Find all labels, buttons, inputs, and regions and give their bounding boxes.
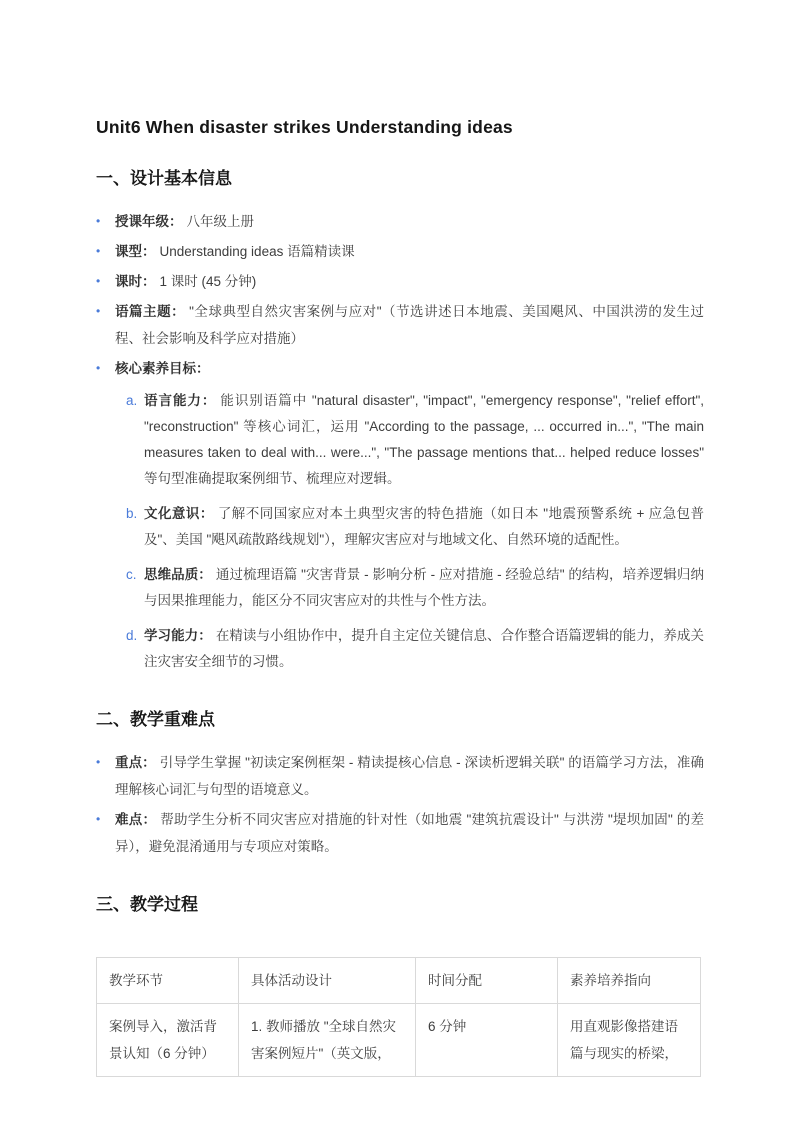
table-header-cell: 素养培养指向 [558, 958, 701, 1004]
list-item: • 课型：Understanding ideas 语篇精读课 [96, 238, 704, 265]
item-label: 文化意识： [144, 506, 214, 521]
bullet-icon: • [96, 268, 115, 295]
table-cell: 1. 教师播放 "全球自然灾害案例短片"（英文版， [239, 1004, 416, 1077]
item-text: 能识别语篇中 "natural disaster", "impact", "em… [144, 393, 704, 486]
bullet-icon: • [96, 806, 115, 860]
sublist-item: a. 语言能力：能识别语篇中 "natural disaster", "impa… [126, 388, 704, 492]
sublist-item: b. 文化意识：了解不同国家应对本土典型灾害的特色措施（如日本 "地震预警系统 … [126, 501, 704, 553]
list-marker: b. [126, 501, 144, 553]
bullet-icon: • [96, 238, 115, 265]
item-text: 引导学生掌握 "初读定案例框架 - 精读提核心信息 - 深读析逻辑关联" 的语篇… [115, 755, 704, 797]
list-item: • 难点：帮助学生分析不同灾害应对措施的针对性（如地震 "建筑抗震设计" 与洪涝… [96, 806, 704, 860]
item-body: 学习能力：在精读与小组协作中，提升自主定位关键信息、合作整合语篇逻辑的能力，养成… [144, 623, 704, 675]
item-body: 重点：引导学生掌握 "初读定案例框架 - 精读提核心信息 - 深读析逻辑关联" … [115, 749, 704, 803]
list-item: • 语篇主题："全球典型自然灾害案例与应对"（节选讲述日本地震、美国飓风、中国洪… [96, 298, 704, 352]
section2-heading: 二、教学重难点 [96, 705, 704, 730]
item-label: 课型： [115, 244, 156, 259]
list-item: • 核心素养目标： [96, 355, 704, 382]
list-item: • 课时：1 课时 (45 分钟) [96, 268, 704, 295]
item-body: 课时：1 课时 (45 分钟) [115, 268, 256, 295]
list-marker: c. [126, 562, 144, 614]
item-body: 文化意识：了解不同国家应对本土典型灾害的特色措施（如日本 "地震预警系统 + 应… [144, 501, 704, 553]
item-text: 1 课时 (45 分钟) [160, 274, 257, 289]
item-label: 语篇主题： [115, 304, 185, 319]
list-item: • 授课年级：八年级上册 [96, 208, 704, 235]
document-title: Unit6 When disaster strikes Understandin… [96, 117, 704, 138]
item-label: 重点： [115, 755, 156, 770]
item-body: 难点：帮助学生分析不同灾害应对措施的针对性（如地震 "建筑抗震设计" 与洪涝 "… [115, 806, 704, 860]
item-body: 课型：Understanding ideas 语篇精读课 [115, 238, 355, 265]
table-cell: 案例导入，激活背景认知（6 分钟） [97, 1004, 239, 1077]
item-body: 语篇主题："全球典型自然灾害案例与应对"（节选讲述日本地震、美国飓风、中国洪涝的… [115, 298, 704, 352]
item-label: 核心素养目标： [115, 361, 210, 376]
document-page: Unit6 When disaster strikes Understandin… [0, 0, 794, 1123]
item-text: 了解不同国家应对本土典型灾害的特色措施（如日本 "地震预警系统 + 应急包普及"… [144, 506, 704, 547]
item-text: Understanding ideas 语篇精读课 [160, 244, 355, 259]
core-competency-sublist: a. 语言能力：能识别语篇中 "natural disaster", "impa… [126, 388, 704, 675]
section2-list: • 重点：引导学生掌握 "初读定案例框架 - 精读提核心信息 - 深读析逻辑关联… [96, 749, 704, 860]
item-text: 在精读与小组协作中，提升自主定位关键信息、合作整合语篇逻辑的能力，养成关注灾害安… [144, 628, 704, 669]
item-label: 学习能力： [144, 628, 212, 643]
sublist-item: c. 思维品质：通过梳理语篇 "灾害背景 - 影响分析 - 应对措施 - 经验总… [126, 562, 704, 614]
list-marker: d. [126, 623, 144, 675]
item-label: 课时： [115, 274, 156, 289]
bullet-icon: • [96, 208, 115, 235]
item-text: 通过梳理语篇 "灾害背景 - 影响分析 - 应对措施 - 经验总结" 的结构，培… [144, 567, 704, 608]
list-item: • 重点：引导学生掌握 "初读定案例框架 - 精读提核心信息 - 深读析逻辑关联… [96, 749, 704, 803]
section1-heading: 一、设计基本信息 [96, 164, 704, 189]
item-body: 思维品质：通过梳理语篇 "灾害背景 - 影响分析 - 应对措施 - 经验总结" … [144, 562, 704, 614]
table-cell: 用直观影像搭建语篇与现实的桥梁， [558, 1004, 701, 1077]
item-body: 核心素养目标： [115, 355, 214, 382]
item-label: 思维品质： [144, 567, 212, 582]
bullet-icon: • [96, 298, 115, 352]
table-header-cell: 具体活动设计 [239, 958, 416, 1004]
table-header-cell: 教学环节 [97, 958, 239, 1004]
bullet-icon: • [96, 355, 115, 382]
sublist-item: d. 学习能力：在精读与小组协作中，提升自主定位关键信息、合作整合语篇逻辑的能力… [126, 623, 704, 675]
item-body: 语言能力：能识别语篇中 "natural disaster", "impact"… [144, 388, 704, 492]
table-row: 案例导入，激活背景认知（6 分钟） 1. 教师播放 "全球自然灾害案例短片"（英… [97, 1004, 701, 1077]
table-header-cell: 时间分配 [416, 958, 558, 1004]
item-body: 授课年级：八年级上册 [115, 208, 254, 235]
table-cell: 6 分钟 [416, 1004, 558, 1077]
item-label: 授课年级： [115, 214, 183, 229]
table-header-row: 教学环节 具体活动设计 时间分配 素养培养指向 [97, 958, 701, 1004]
list-marker: a. [126, 388, 144, 492]
teaching-process-table: 教学环节 具体活动设计 时间分配 素养培养指向 案例导入，激活背景认知（6 分钟… [96, 957, 701, 1077]
item-text: 帮助学生分析不同灾害应对措施的针对性（如地震 "建筑抗震设计" 与洪涝 "堤坝加… [115, 812, 704, 854]
item-label: 难点： [115, 812, 156, 827]
section3-heading: 三、教学过程 [96, 890, 704, 915]
bullet-icon: • [96, 749, 115, 803]
item-text: 八年级上册 [187, 214, 255, 229]
section1-list: • 授课年级：八年级上册 • 课型：Understanding ideas 语篇… [96, 208, 704, 675]
item-text: "全球典型自然灾害案例与应对"（节选讲述日本地震、美国飓风、中国洪涝的发生过程、… [115, 304, 704, 346]
item-label: 语言能力： [144, 393, 216, 408]
